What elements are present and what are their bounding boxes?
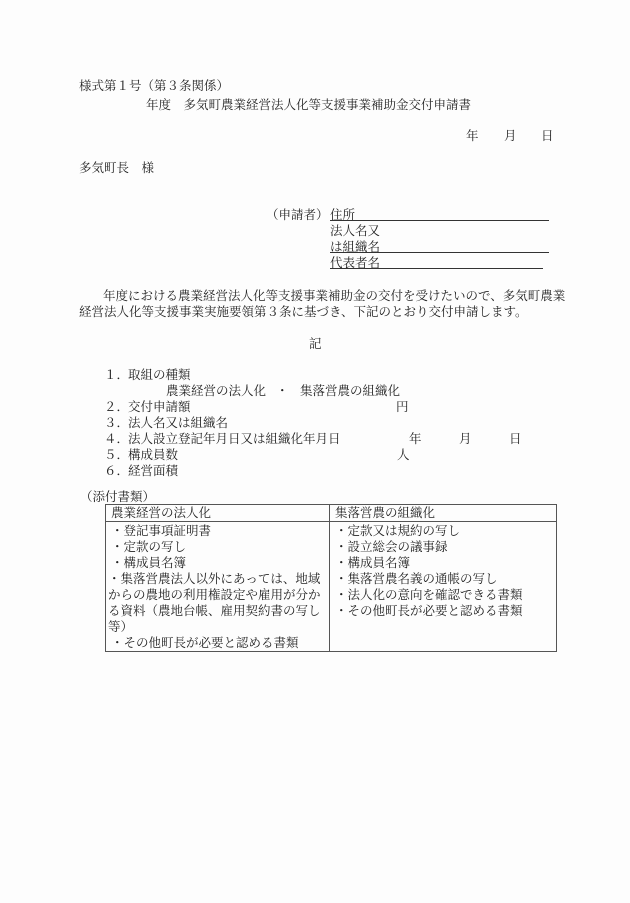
page-title: 年度 多気町農業経営法人化等支援事業補助金交付申請書 xyxy=(146,97,471,113)
item-number: ５． xyxy=(104,447,129,463)
list-item: ・定款又は規約の写し xyxy=(335,523,551,539)
corporatization-documents-cell: ・登記事項証明書 ・定款の写し ・構成員名簿 ・集落営農法人以外にあっては、地域… xyxy=(106,522,330,652)
amount-unit: 円 xyxy=(396,399,409,415)
item-label: 取組の種類 xyxy=(128,367,191,383)
applicant-label: （申請者） xyxy=(266,207,329,223)
item-label: 法人設立登記年月日又は組織化年月日 xyxy=(128,431,341,447)
item-label: 法人名又は組織名 xyxy=(128,415,228,431)
form-number-label: 様式第１号（第３条関係） xyxy=(79,78,229,94)
item-label: 経営面積 xyxy=(128,463,178,479)
member-unit: 人 xyxy=(397,447,410,463)
date-month-label: 月 xyxy=(504,128,517,144)
item-number: １． xyxy=(104,367,129,383)
list-item: ・集落営農名義の通帳の写し xyxy=(335,571,551,587)
option-organization[interactable]: 集落営農の組織化 xyxy=(300,383,400,399)
list-item: ・その他町長が必要と認める書類 xyxy=(335,603,551,619)
organization-documents-cell: ・定款又は規約の写し ・設立総会の議事録 ・構成員名簿 ・集落営農名義の通帳の写… xyxy=(330,522,557,652)
item-number: ４． xyxy=(104,431,129,447)
addressee: 多気町長 様 xyxy=(79,160,154,176)
list-item: ・登記事項証明書 xyxy=(111,523,324,539)
address-field-line[interactable] xyxy=(330,220,549,221)
list-item: ・構成員名簿 xyxy=(111,555,324,571)
table-row: ・登記事項証明書 ・定款の写し ・構成員名簿 ・集落営農法人以外にあっては、地域… xyxy=(106,522,557,652)
list-item: ・定款の写し xyxy=(111,539,324,555)
item-number: ３． xyxy=(104,415,129,431)
document-page: { "form_label": "様式第１号（第３条関係）", "title":… xyxy=(0,0,630,903)
list-item: ・設立総会の議事録 xyxy=(335,539,551,555)
column-header-organization: 集落営農の組織化 xyxy=(330,505,557,522)
item-number: ６． xyxy=(104,463,129,479)
item-label: 交付申請額 xyxy=(128,399,191,415)
corp-name-field-line[interactable] xyxy=(330,252,549,253)
date-day-label: 日 xyxy=(541,128,554,144)
item-number: ２． xyxy=(104,399,129,415)
attachments-table: 農業経営の法人化 集落営農の組織化 ・登記事項証明書 ・定款の写し ・構成員名簿… xyxy=(105,504,557,652)
body-line-2: 経営法人化等支援事業実施要領第３条に基づき、下記のとおり交付申請します。 xyxy=(79,304,528,320)
ki-heading: 記 xyxy=(309,336,322,352)
date-month-label: 月 xyxy=(459,431,472,447)
option-corporatization[interactable]: 農業経営の法人化 xyxy=(166,383,266,399)
list-item: ・その他町長が必要と認める書類 xyxy=(111,635,324,651)
attachments-heading: （添付書類） xyxy=(80,489,155,505)
list-item: ・構成員名簿 xyxy=(335,555,551,571)
list-item: ・法人化の意向を確認できる書類 xyxy=(335,587,551,603)
corp-name-label-line1: 法人名又 xyxy=(330,223,380,239)
date-day-label: 日 xyxy=(509,431,522,447)
body-line-1: 年度における農業経営法人化等支援事業補助金の交付を受けたいので、多気町農業 xyxy=(103,288,565,304)
date-year-label: 年 xyxy=(466,128,479,144)
table-header-row: 農業経営の法人化 集落営農の組織化 xyxy=(106,505,557,522)
item-label: 構成員数 xyxy=(128,447,178,463)
column-header-corporatization: 農業経営の法人化 xyxy=(106,505,330,522)
representative-field-line[interactable] xyxy=(330,268,543,269)
list-item: ・集落営農法人以外にあっては、地域からの農地の利用権設定や雇用が分かる資料（農地… xyxy=(108,571,324,635)
date-year-label: 年 xyxy=(409,431,422,447)
option-separator: ・ xyxy=(276,383,289,399)
